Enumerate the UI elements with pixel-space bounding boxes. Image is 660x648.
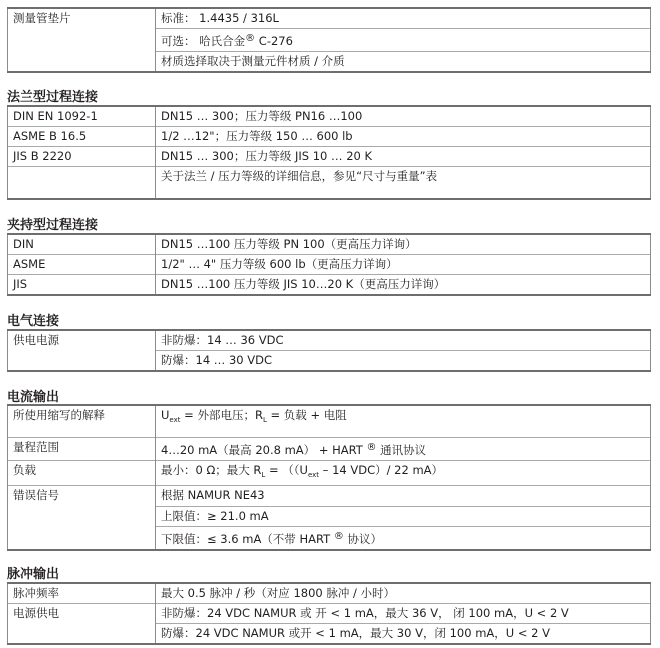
value-text: = 外部电压； (181, 408, 255, 422)
row-key: 供电电源 (8, 330, 156, 371)
row-value: 1/2 …12"；压力等级 150 … 600 lb (156, 127, 651, 147)
row-value: 材质选择取决于测量元件材质 / 介质 (156, 52, 651, 73)
table-row: 供电电源 非防爆：14 … 36 VDC (8, 330, 651, 351)
table-row: 关于法兰 / 压力等级的详细信息，参见“尺寸与重量”表 (8, 167, 651, 199)
row-value: 可选： 哈氏合金® C-276 (156, 29, 651, 52)
row-value: DN15 …100 压力等级 JIS 10…20 K（更高压力详询） (156, 275, 651, 296)
electrical-table: 供电电源 非防爆：14 … 36 VDC 防爆：14 … 30 VDC (7, 329, 651, 372)
value-text: 最小：0 Ω；最大 (161, 463, 253, 477)
row-value: 防爆：14 … 30 VDC (156, 351, 651, 372)
row-value: 非防爆：24 VDC NAMUR 或 开 < 1 mA，最大 36 V， 闭 1… (156, 604, 651, 624)
section-heading: 电流输出 (7, 386, 59, 405)
section-heading: 法兰型过程连接 (7, 86, 98, 105)
table-row: 负载 最小：0 Ω；最大 RL = （（Uext – 14 VDC）/ 22 m… (8, 460, 651, 485)
value-text: = 负载 + 电阻 (267, 408, 347, 422)
value-text: R (255, 408, 263, 422)
table-row: JIS B 2220 DN15 … 300；压力等级 JIS 10 … 20 K (8, 147, 651, 167)
table-row: DIN DN15 …100 压力等级 PN 100（更高压力详询） (8, 234, 651, 255)
row-key: 测量管垫片 (8, 8, 156, 72)
row-value: Uext = 外部电压；RL = 负载 + 电阻 (156, 405, 651, 437)
row-key: JIS B 2220 (8, 147, 156, 167)
subscript: ext (169, 416, 180, 424)
table-row: 量程范围 4…20 mA（最高 20.8 mA） + HART ® 通讯协议 (8, 437, 651, 460)
row-value: DN15 … 300；压力等级 JIS 10 … 20 K (156, 147, 651, 167)
row-key: ASME B 16.5 (8, 127, 156, 147)
table-row: JIS DN15 …100 压力等级 JIS 10…20 K（更高压力详询） (8, 275, 651, 296)
value-text: C-276 (255, 34, 293, 48)
subscript: ext (308, 471, 319, 479)
row-key: 电源供电 (8, 604, 156, 645)
row-value: 上限值：≥ 21.0 mA (156, 506, 651, 526)
row-key: 所使用缩写的解释 (8, 405, 156, 437)
table-row: 电源供电 非防爆：24 VDC NAMUR 或 开 < 1 mA，最大 36 V… (8, 604, 651, 624)
value-text: 4…20 mA（最高 20.8 mA） + HART (161, 443, 363, 457)
value-text: 协议） (344, 532, 382, 546)
row-key: DIN (8, 234, 156, 255)
table-row: ASME 1/2" … 4" 压力等级 600 lb（更高压力详询） (8, 255, 651, 275)
row-value: 非防爆：14 … 36 VDC (156, 330, 651, 351)
row-key: 脉冲频率 (8, 583, 156, 604)
row-key (8, 167, 156, 199)
registered-mark: ® (245, 33, 255, 44)
section-heading: 电气连接 (7, 310, 59, 329)
current-output-table: 所使用缩写的解释 Uext = 外部电压；RL = 负载 + 电阻 量程范围 4… (7, 404, 651, 551)
table-row: 测量管垫片 标准： 1.4435 / 316L (8, 8, 651, 29)
wafer-table: DIN DN15 …100 压力等级 PN 100（更高压力详询） ASME 1… (7, 233, 651, 296)
row-key: 错误信号 (8, 485, 156, 550)
table-row: DIN EN 1092-1 DN15 … 300；压力等级 PN16 …100 (8, 106, 651, 127)
section-heading: 脉冲输出 (7, 563, 59, 582)
row-value: DN15 …100 压力等级 PN 100（更高压力详询） (156, 234, 651, 255)
table-row: 错误信号 根据 NAMUR NE43 (8, 485, 651, 506)
row-value: 4…20 mA（最高 20.8 mA） + HART ® 通讯协议 (156, 437, 651, 460)
row-value: 防爆：24 VDC NAMUR 或开 < 1 mA，最大 30 V，闭 100 … (156, 624, 651, 645)
row-value: 根据 NAMUR NE43 (156, 485, 651, 506)
flange-table: DIN EN 1092-1 DN15 … 300；压力等级 PN16 …100 … (7, 105, 651, 200)
row-value: 标准： 1.4435 / 316L (156, 8, 651, 29)
row-value: 关于法兰 / 压力等级的详细信息，参见“尺寸与重量”表 (156, 167, 651, 199)
row-key: 量程范围 (8, 437, 156, 460)
row-value: 1/2" … 4" 压力等级 600 lb（更高压力详询） (156, 255, 651, 275)
row-value: 下限值：≤ 3.6 mA（不带 HART ® 协议） (156, 526, 651, 550)
row-key: JIS (8, 275, 156, 296)
row-key: ASME (8, 255, 156, 275)
row-value: 最大 0.5 脉冲 / 秒（对应 1800 脉冲 / 小时） (156, 583, 651, 604)
value-text: 可选： 哈氏合金 (161, 34, 245, 48)
value-text: 通讯协议 (376, 443, 426, 457)
row-key: 负载 (8, 460, 156, 485)
table-row: ASME B 16.5 1/2 …12"；压力等级 150 … 600 lb (8, 127, 651, 147)
registered-mark: ® (334, 531, 344, 542)
table-row: 所使用缩写的解释 Uext = 外部电压；RL = 负载 + 电阻 (8, 405, 651, 437)
gasket-table: 测量管垫片 标准： 1.4435 / 316L 可选： 哈氏合金® C-276 … (7, 7, 651, 73)
section-heading: 夹持型过程连接 (7, 214, 98, 233)
row-value: DN15 … 300；压力等级 PN16 …100 (156, 106, 651, 127)
value-text: = （（ (265, 463, 299, 477)
value-text: U (300, 463, 308, 477)
row-value: 最小：0 Ω；最大 RL = （（Uext – 14 VDC）/ 22 mA） (156, 460, 651, 485)
pulse-output-table: 脉冲频率 最大 0.5 脉冲 / 秒（对应 1800 脉冲 / 小时） 电源供电… (7, 582, 651, 645)
value-text: 下限值：≤ 3.6 mA（不带 HART (161, 532, 330, 546)
registered-mark: ® (366, 442, 376, 453)
row-key: DIN EN 1092-1 (8, 106, 156, 127)
value-text: – 14 VDC）/ 22 mA） (319, 463, 443, 477)
table-row: 脉冲频率 最大 0.5 脉冲 / 秒（对应 1800 脉冲 / 小时） (8, 583, 651, 604)
